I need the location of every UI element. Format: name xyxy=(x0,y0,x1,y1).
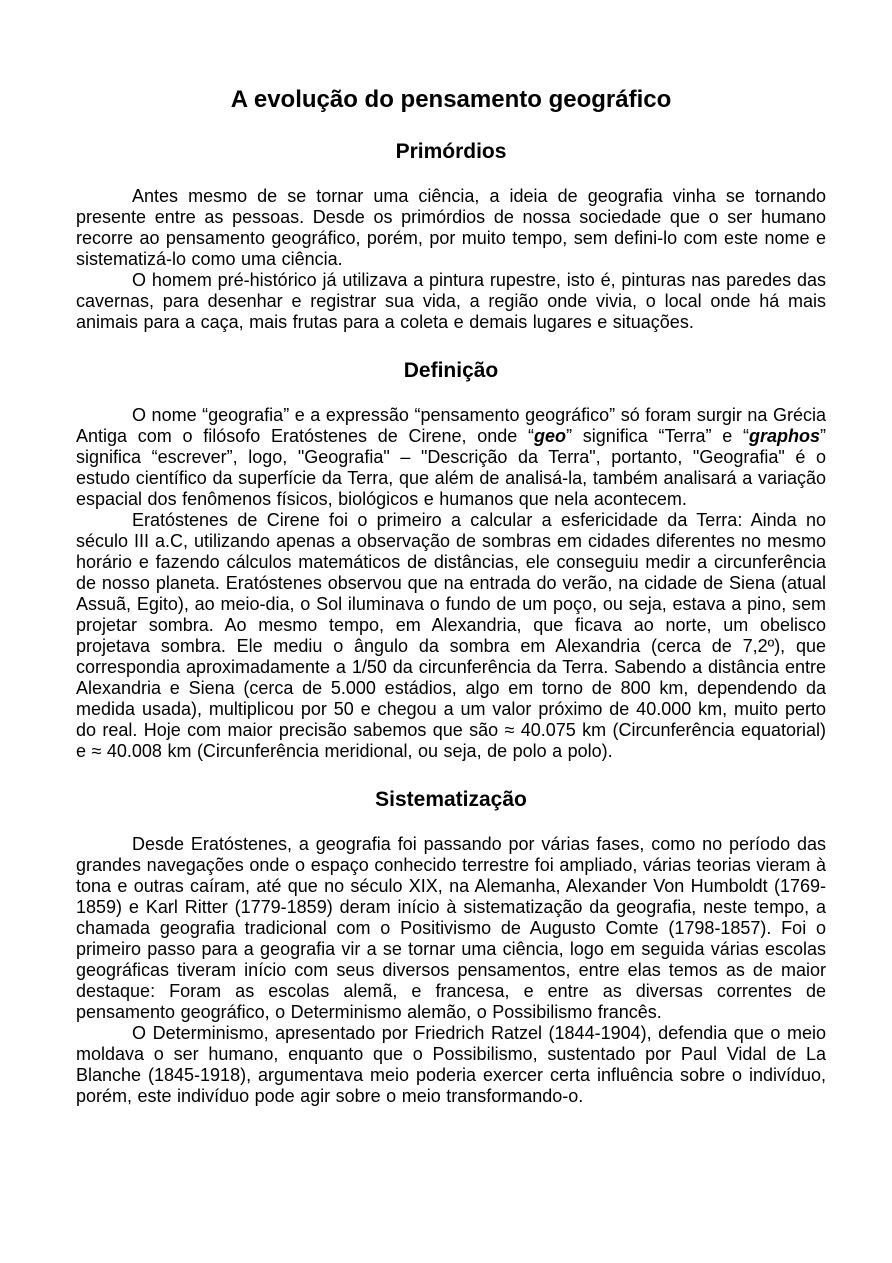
paragraph-primordios-1: Antes mesmo de se tornar uma ciência, a … xyxy=(76,186,826,270)
section-heading-primordios: Primórdios xyxy=(76,139,826,165)
section-sistematizacao: Sistematização Desde Eratóstenes, a geog… xyxy=(76,787,826,1107)
paragraph-sistematizacao-1: Desde Eratóstenes, a geografia foi passa… xyxy=(76,834,826,1023)
section-heading-definicao: Definição xyxy=(76,358,826,384)
document-title: A evolução do pensamento geográfico xyxy=(76,86,826,114)
section-heading-sistematizacao: Sistematização xyxy=(76,787,826,813)
paragraph-definicao-2: Eratóstenes de Cirene foi o primeiro a c… xyxy=(76,510,826,762)
paragraph-definicao-1: O nome “geografia” e a expressão “pensam… xyxy=(76,405,826,510)
paragraph-sistematizacao-2: O Determinismo, apresentado por Friedric… xyxy=(76,1023,826,1107)
section-primordios: Primórdios Antes mesmo de se tornar uma … xyxy=(76,139,826,333)
section-definicao: Definição O nome “geografia” e a express… xyxy=(76,358,826,762)
document-page: A evolução do pensamento geográfico Prim… xyxy=(0,0,892,1263)
paragraph-primordios-2: O homem pré-histórico já utilizava a pin… xyxy=(76,270,826,333)
